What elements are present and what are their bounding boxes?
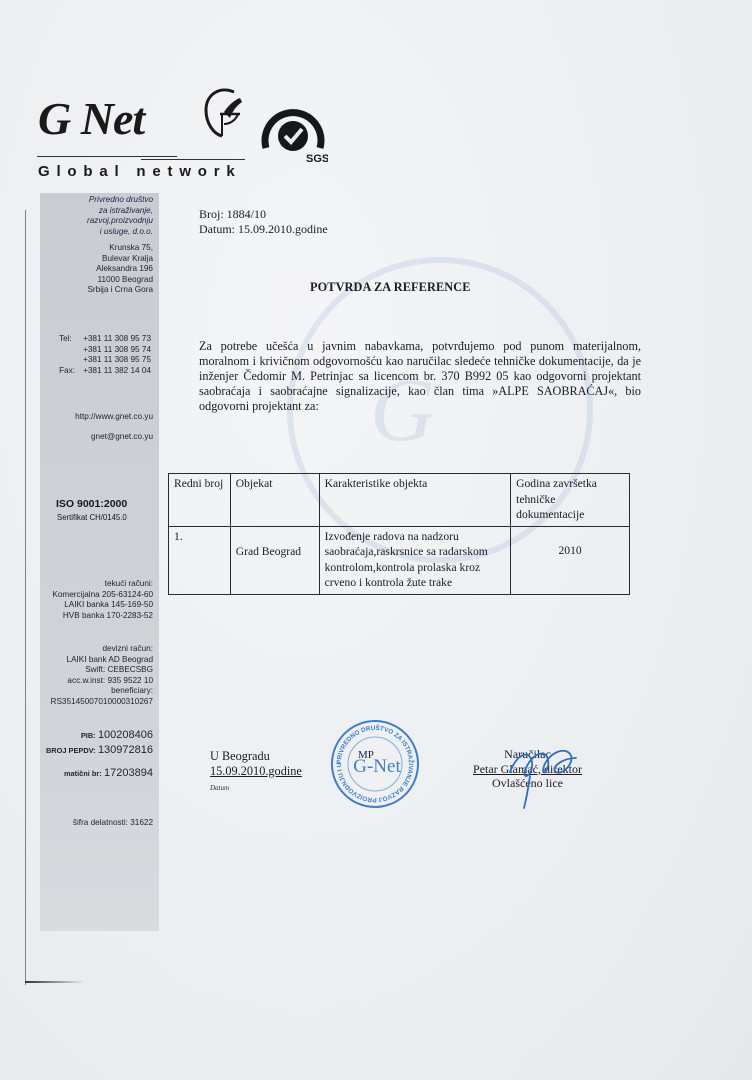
stamp-mark: MP	[358, 749, 374, 761]
brand-tagline: Global network	[38, 163, 242, 180]
place: U Beogradu	[210, 749, 302, 764]
page-border-left	[25, 210, 26, 985]
year-cell: 2010	[511, 526, 630, 594]
iso-certificate-number: Sertifikat CH/0145.0	[57, 513, 127, 522]
table-header-row: Redni broj Objekat Karakteristike objekt…	[169, 474, 630, 527]
header-cell: Karakteristike objekta	[319, 474, 511, 527]
characteristics-cell: Izvođenje radova na nadzoru saobraćaja,r…	[319, 526, 511, 594]
company-stamp-icon: PRIVREDNO DRUŠTVO ZA ISTRAŽIVANJE RAZVOJ…	[330, 718, 420, 810]
document-title: POTVRDA ZA REFERENCE	[310, 280, 471, 295]
company-ids: PIB: 100208406 BROJ PEPDV: 130972816 mat…	[46, 728, 153, 781]
object-cell: Grad Beograd	[230, 526, 319, 594]
handwritten-signature-icon	[500, 732, 590, 812]
references-table: Redni broj Objekat Karakteristike objekt…	[168, 473, 630, 595]
header-cell: Objekat	[230, 474, 319, 527]
signing-date: 15.09.2010.godine	[210, 764, 302, 779]
document-reference: Broj: 1884/10 Datum: 15.09.2010.godine	[199, 207, 328, 236]
page-border-bottom	[25, 981, 85, 983]
date-label: Datum	[210, 781, 302, 796]
phone-logo-icon	[200, 84, 244, 140]
company-info-sidebar: Privredno društvo za istraživanje, razvo…	[40, 193, 159, 931]
brand-logo-text: G Net	[38, 96, 144, 142]
logo-rule	[37, 156, 177, 157]
company-description: Privredno društvo za istraživanje, razvo…	[87, 195, 153, 237]
activity-code: šifra delatnosti: 31622	[73, 818, 153, 829]
place-and-date: U Beogradu 15.09.2010.godine Datum	[210, 749, 302, 796]
email-link[interactable]: gnet@gnet.co.yu	[91, 432, 153, 443]
svg-text:SGS: SGS	[306, 153, 328, 165]
row-number-cell: 1.	[169, 526, 231, 594]
table-row: 1. Grad Beograd Izvođenje radova na nadz…	[169, 526, 630, 594]
website-link[interactable]: http://www.gnet.co.yu	[75, 412, 153, 423]
header-cell: Redni broj	[169, 474, 231, 527]
iso-certification: ISO 9001:2000	[56, 498, 127, 510]
body-paragraph: Za potrebe učešća u javnim nabavkama, po…	[199, 339, 641, 414]
header-cell: Godina završetka tehničke dokumentacije	[511, 474, 630, 527]
contact-numbers: Tel:+381 11 308 95 73 +381 11 308 95 74 …	[59, 334, 151, 376]
document-date: Datum: 15.09.2010.godine	[199, 222, 328, 237]
foreign-account: devizni račun: LAIKI bank AD Beograd Swi…	[51, 644, 153, 708]
company-address: Krunska 75, Bulevar Kralja Aleksandra 19…	[87, 243, 153, 296]
document-number: Broj: 1884/10	[199, 207, 328, 222]
logo-rule	[141, 159, 245, 160]
current-accounts: tekući računi: Komercijalna 205-63124-60…	[52, 579, 153, 621]
sgs-certification-badge-icon: SGS	[258, 100, 328, 170]
